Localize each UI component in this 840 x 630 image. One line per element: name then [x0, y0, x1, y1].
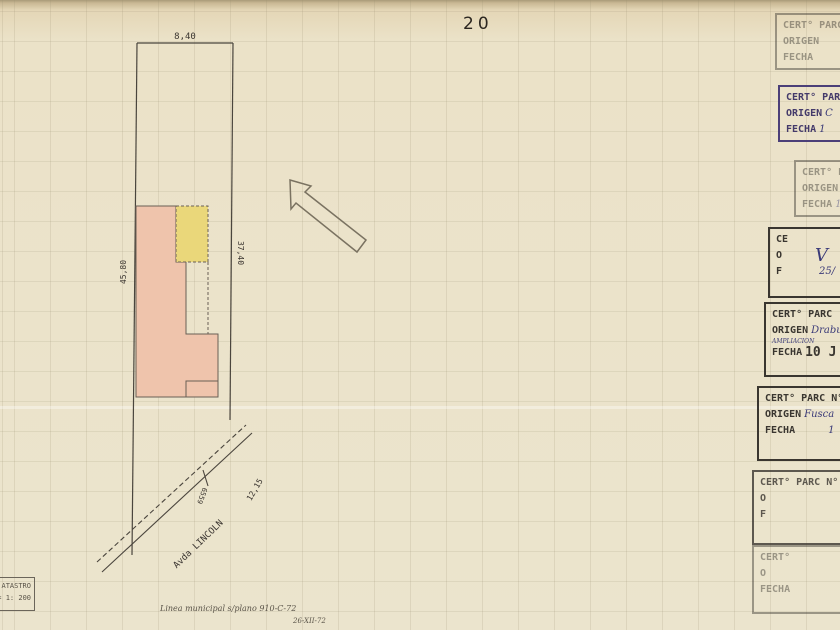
cert-stamp-1: CERT° PARC ORIGEN FECHA: [775, 13, 840, 70]
cert-stamp-7: CERT° PARC N° O F: [752, 470, 840, 545]
street-line: [97, 425, 252, 572]
catastro-box: ATASTRO = 1: 200: [0, 577, 35, 611]
cert-stamp-4: CE OV F25/: [768, 227, 840, 298]
street-number-label: 6559: [195, 486, 208, 505]
street-front-label: 12,15: [245, 477, 265, 503]
catastro-title: ATASTRO: [0, 580, 31, 592]
cert-stamp-6: CERT° PARC N° ORIGENFusca FECHA1: [757, 386, 840, 461]
right-depth-label: 37,40: [236, 241, 245, 265]
left-depth-label: 45,80: [119, 260, 128, 284]
municipal-line-note: Linea municipal s/plano 910-C-72: [160, 604, 296, 613]
note-date: 26-XII-72: [293, 617, 326, 625]
cert-stamp-2: CERT° PARC ORIGENC FECHA1: [778, 85, 840, 142]
annex-footprint: [176, 206, 208, 262]
plot-plan-sheet: 20 8,40 45,80 37,40 12,1: [0, 0, 840, 630]
cert-stamp-8: CERT° O FECHA: [752, 545, 840, 614]
cert-stamp-3: CERT° PA ORIGEN FECHA1: [794, 160, 840, 217]
cert-stamp-5: CERT° PARC ORIGENDrabusa AMPLIACION FECH…: [764, 302, 840, 377]
north-arrow-icon: [290, 180, 366, 252]
catastro-scale: = 1: 200: [0, 592, 31, 604]
street-name-label: Avda LINCOLN: [172, 518, 226, 570]
plot-drawing: 8,40 45,80 37,40 12,15 6559 Avda LINCOLN: [0, 0, 840, 630]
front-width-label: 8,40: [174, 32, 196, 42]
